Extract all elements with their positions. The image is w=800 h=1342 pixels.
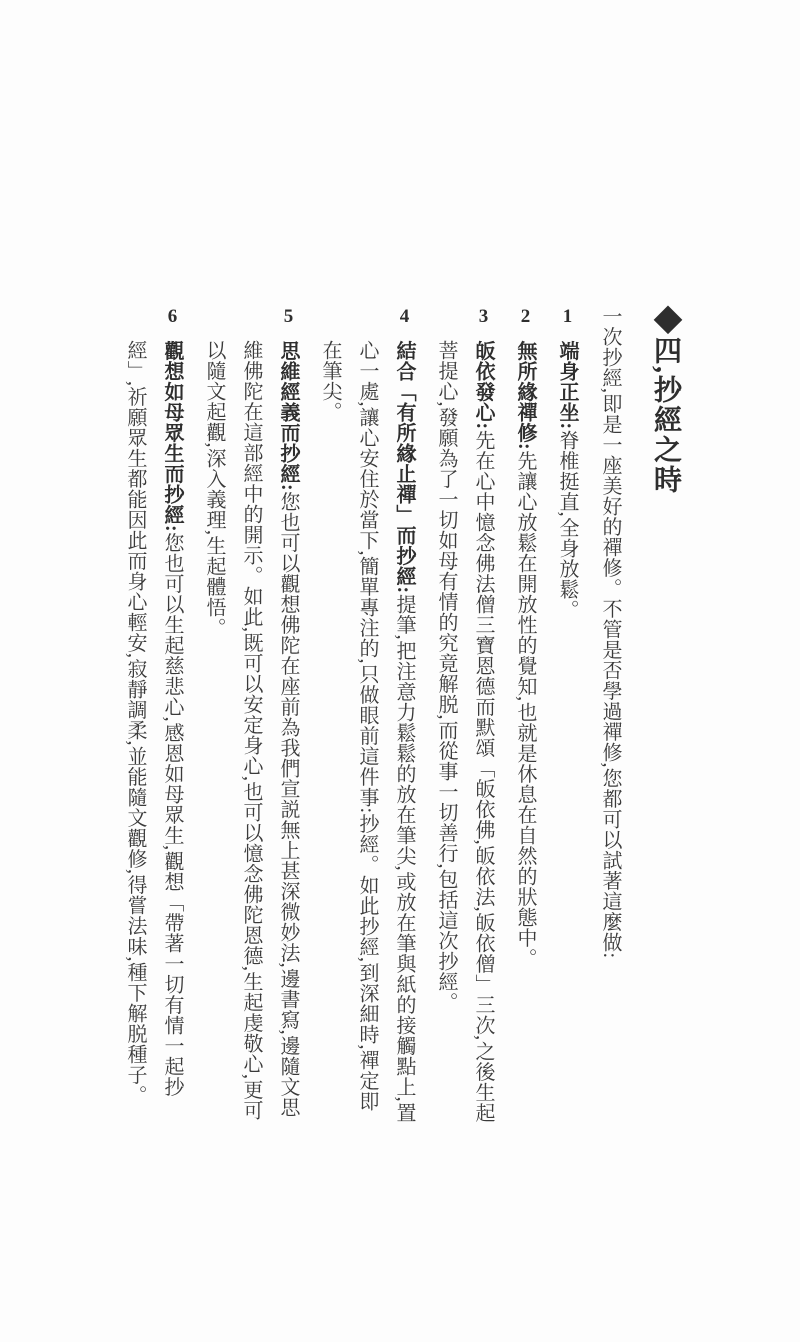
intro-paragraph: 一次抄經,即是一座美好的禪修。不管是否學過禪修,您都可以試著這麼做:	[591, 306, 628, 1128]
item-label: 觀想如母眾生而抄經:	[161, 341, 183, 533]
list-item-3: 3皈依發心:先在心中憶念佛法僧三寶恩德而默頌「皈依佛,皈依法,皈依僧」三次,之後…	[427, 306, 502, 1128]
item-label: 思維經義而抄經:	[277, 341, 299, 492]
item-label: 結合「有所緣止禪」而抄經:	[393, 341, 415, 594]
item-label: 無所緣禪修:	[514, 341, 536, 451]
list-item-4: 4結合「有所緣止禪」而抄經:提筆,把注意力鬆鬆的放在筆尖,或放在筆與紙的接觸點上…	[311, 306, 423, 1128]
item-label: 端身正坐:	[556, 341, 578, 430]
item-number: 1	[557, 306, 578, 328]
book-page: ◆四,抄經之時 一次抄經,即是一座美好的禪修。不管是否學過禪修,您都可以試著這麼…	[0, 0, 800, 1342]
item-body: 脊椎挺直,全身放鬆。	[556, 430, 578, 620]
list-item-6: 6觀想如母眾生而抄經:您也可以生起慈悲心,感恩如母眾生,觀想「帶著一切有情一起抄…	[116, 306, 191, 1128]
item-number: 3	[473, 306, 494, 328]
item-body: 先在心中憶念佛法僧三寶恩德而默頌「皈依佛,皈依法,皈依僧」三次,之後生起菩提心,…	[435, 340, 494, 1123]
item-number: 5	[278, 306, 299, 328]
item-number: 6	[162, 306, 183, 328]
item-number: 4	[394, 306, 415, 328]
item-number: 2	[515, 306, 536, 328]
list-item-5: 5思維經義而抄經:您也可以觀想佛陀在座前為我們宣説無上甚深微妙法,邊書寫,邊隨文…	[195, 306, 307, 1128]
list-item-2: 2無所緣禪修:先讓心放鬆在開放性的覺知,也就是休息在自然的狀態中。	[506, 306, 544, 1128]
item-label: 皈依發心:	[472, 341, 494, 430]
page-content: ◆四,抄經之時 一次抄經,即是一座美好的禪修。不管是否學過禪修,您都可以試著這麼…	[112, 306, 700, 1128]
section-title: ◆四,抄經之時	[644, 306, 686, 1128]
item-body: 先讓心放鬆在開放性的覺知,也就是休息在自然的狀態中。	[514, 450, 536, 968]
list-item-1: 1端身正坐:脊椎挺直,全身放鬆。	[548, 306, 586, 1128]
